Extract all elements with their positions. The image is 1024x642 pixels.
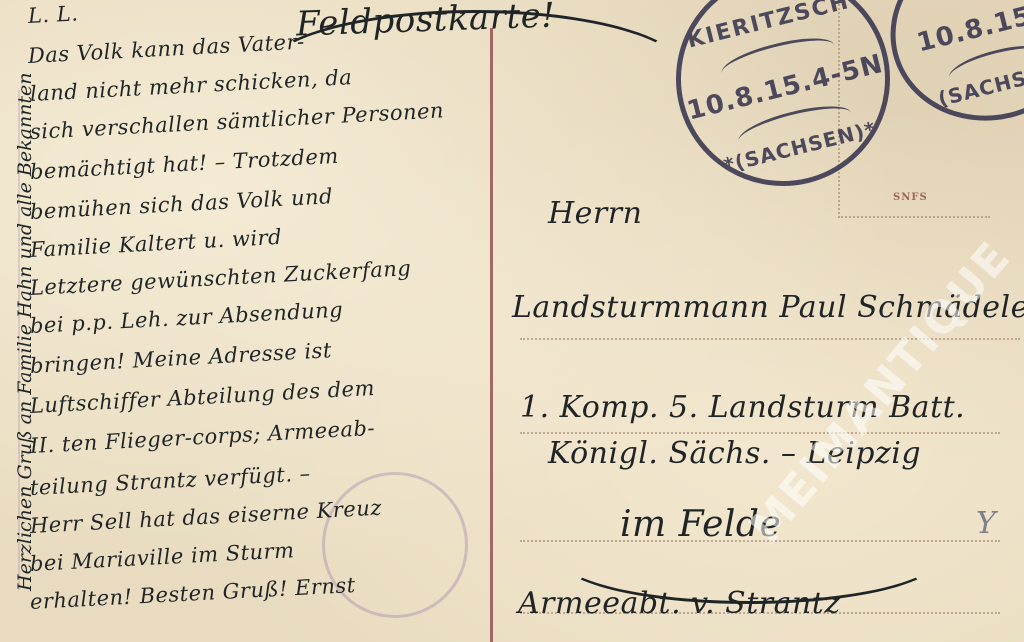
- message-line: bemühen sich das Volk und: [29, 184, 333, 224]
- message-line: teilung Strantz verfügt. –: [29, 461, 311, 500]
- address-line-5: Armeeabt. v. Strantz: [518, 586, 841, 621]
- margin-note: Herzlichen Gruß an Familie Hahn und alle…: [14, 31, 36, 591]
- pencil-mark: Y: [976, 506, 996, 541]
- message-line: bei p.p. Leh. zur Absendung: [29, 298, 343, 338]
- message-opening: L. L.: [27, 1, 79, 28]
- message-line: bringen! Meine Adresse ist: [29, 338, 332, 378]
- message-line: bemächtigt hat! – Trotzdem: [29, 144, 339, 184]
- message-line: Familie Kaltert u. wird: [29, 225, 282, 262]
- center-divider: [490, 28, 493, 642]
- address-line-rule: [520, 432, 1000, 434]
- message-line: erhalten! Besten Gruß! Ernst: [29, 573, 356, 614]
- message-line: Luftschiffer Abteilung des dem: [29, 376, 375, 418]
- message-line: bei Mariaville im Sturm: [29, 538, 295, 576]
- message-line: II. ten Flieger-corps; Armeeab-: [29, 416, 375, 458]
- message-line: Letztere gewünschten Zuckerfang: [29, 256, 411, 300]
- postcard: L. L. Das Volk kann das Vater- land nich…: [0, 0, 1024, 642]
- message-line: Das Volk kann das Vater-: [27, 30, 305, 68]
- printer-mark: SNFS: [893, 192, 928, 203]
- address-salutation: Herrn: [548, 196, 642, 231]
